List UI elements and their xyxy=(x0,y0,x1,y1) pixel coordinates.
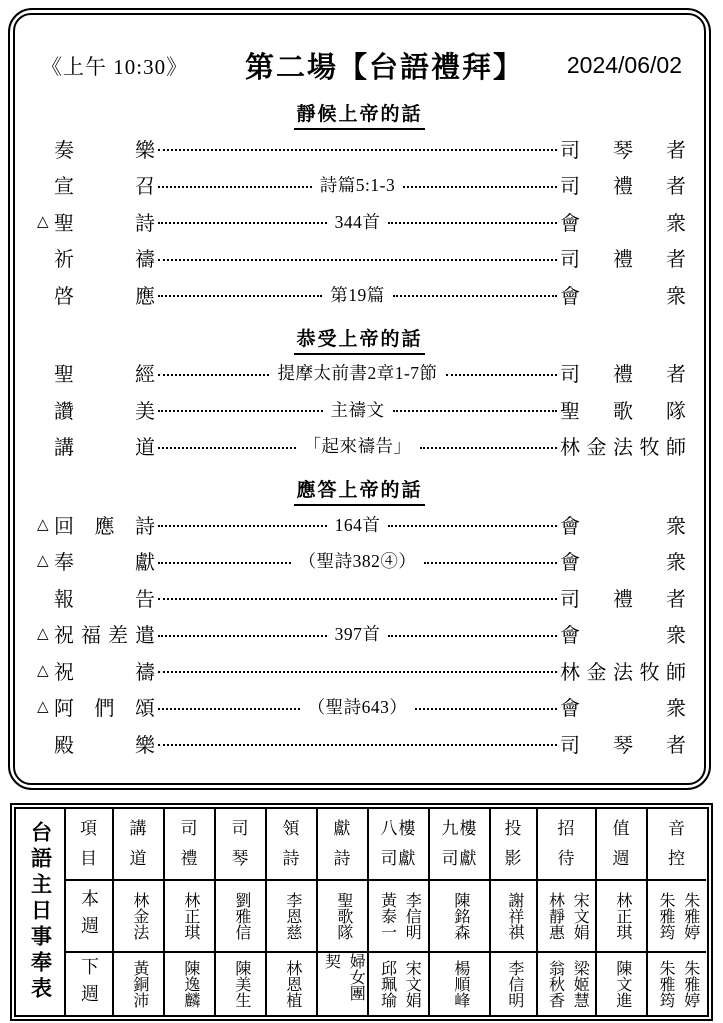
dotted-leader xyxy=(158,598,557,600)
roster-header-text: 領 詩 xyxy=(283,814,301,874)
roster-header-text: 九樓 司獻 xyxy=(442,814,478,874)
roster-duty-names: 宋文娟 林靜惠 xyxy=(542,892,592,940)
item-assignee: 司禮者 xyxy=(560,358,686,387)
roster-header-cell: 獻 詩 xyxy=(316,809,367,879)
roster-duty-cell: 楊順峰 xyxy=(428,951,489,1015)
roster-duty-cell: 黃銅沛 xyxy=(112,951,163,1015)
roster-header-text: 八樓 司獻 xyxy=(381,814,417,874)
dotted-leader xyxy=(393,295,557,297)
duty-roster-table: 台語主日事奉表項 目講 道司 禮司 琴領 詩獻 詩八樓 司獻九樓 司獻投 影招 … xyxy=(10,803,713,1021)
item-detail: 164首 xyxy=(330,512,386,537)
roster-duty-cell: 朱雅婷 朱雅筠 xyxy=(646,879,706,951)
stand-marker: △ xyxy=(37,515,54,534)
item-assignee: 聖歌隊 xyxy=(560,395,686,424)
program-item: △聖詩344首會衆 xyxy=(27,203,692,240)
program-item: △阿們頌（聖詩643）會衆 xyxy=(27,689,692,726)
roster-side-title-cell: 台語主日事奉表 xyxy=(16,809,64,1015)
roster-duty-cell: 劉雅信 xyxy=(214,879,265,951)
item-assignee: 林金法牧師 xyxy=(560,431,686,460)
roster-header-text: 司 禮 xyxy=(181,814,199,874)
program-item: 啓應第19篇會衆 xyxy=(27,276,692,313)
roster-duty-cell: 李恩慈 xyxy=(265,879,316,951)
item-assignee: 會衆 xyxy=(560,510,686,539)
section-title: 恭受上帝的話 xyxy=(27,324,692,350)
roster-duty-cell: 李信明 xyxy=(489,951,536,1015)
roster-duty-names: 朱雅婷 朱雅筠 xyxy=(652,960,702,1008)
dotted-leader xyxy=(388,525,557,527)
roster-duty-cell: 陳逸麟 xyxy=(163,951,214,1015)
worship-order-card: 《上午 10:30》 第二場【台語禮拜】 2024/06/02 靜候上帝的話奏樂… xyxy=(8,8,711,790)
dotted-leader xyxy=(158,222,327,224)
dotted-leader xyxy=(388,635,557,637)
dotted-leader xyxy=(424,562,557,564)
item-label: 啓應 xyxy=(54,280,155,309)
roster-header-text: 招 待 xyxy=(558,814,576,874)
roster-header-text: 項 目 xyxy=(80,814,98,874)
dotted-leader xyxy=(158,374,269,376)
roster-duty-cell: 林金法 xyxy=(112,879,163,951)
item-assignee: 司琴者 xyxy=(560,134,686,163)
roster-duty-cell: 朱雅婷 朱雅筠 xyxy=(646,951,706,1015)
item-detail: 「起來禱告」 xyxy=(299,433,417,458)
roster-duty-names: 陳銘森 xyxy=(447,892,472,940)
program-item: △奉獻（聖詩382④）會衆 xyxy=(27,543,692,580)
item-assignee: 會衆 xyxy=(560,207,686,236)
dotted-leader xyxy=(446,374,557,376)
item-assignee: 林金法牧師 xyxy=(560,656,686,685)
roster-row-label: 本週 xyxy=(80,889,98,943)
stand-marker: △ xyxy=(37,661,54,680)
dotted-leader xyxy=(158,447,296,449)
dotted-leader xyxy=(158,671,557,673)
program-item: 祈禱司禮者 xyxy=(27,240,692,277)
item-label: 殿樂 xyxy=(54,729,155,758)
item-assignee: 司琴者 xyxy=(560,729,686,758)
roster-duty-names: 林正琪 xyxy=(177,892,202,940)
dotted-leader xyxy=(158,525,327,527)
roster-duty-names: 婦女團契 xyxy=(318,953,367,1015)
roster-header-text: 講 道 xyxy=(130,814,148,874)
program-item: 奏樂司琴者 xyxy=(27,130,692,167)
roster-row-label: 下週 xyxy=(80,957,98,1011)
roster-header-cell: 講 道 xyxy=(112,809,163,879)
roster-duty-cell: 林正琪 xyxy=(595,879,646,951)
roster-row-label-cell: 本週 xyxy=(64,879,112,951)
roster-duty-names: 陳逸麟 xyxy=(177,960,202,1008)
roster-duty-names: 宋文娟 邱珮瑜 xyxy=(374,960,424,1008)
program-item: 報告司禮者 xyxy=(27,579,692,616)
roster-duty-names: 陳文進 xyxy=(609,960,634,1008)
item-detail: 397首 xyxy=(330,621,386,646)
item-label: 奏樂 xyxy=(54,134,155,163)
roster-header-cell: 九樓 司獻 xyxy=(428,809,489,879)
item-assignee: 司禮者 xyxy=(560,583,686,612)
dotted-leader xyxy=(420,447,558,449)
dotted-leader xyxy=(158,295,322,297)
item-label: 宣召 xyxy=(54,170,155,199)
service-date: 2024/06/02 xyxy=(550,52,682,79)
item-assignee: 司禮者 xyxy=(560,170,686,199)
program-body: 靜候上帝的話奏樂司琴者宣召詩篇5:1-3司禮者△聖詩344首會衆祈禱司禮者啓應第… xyxy=(27,99,692,762)
roster-duty-names: 謝祥祺 xyxy=(501,892,526,940)
dotted-leader xyxy=(415,708,557,710)
roster-duty-names: 李恩慈 xyxy=(279,892,304,940)
item-detail: 提摩太前書2章1-7節 xyxy=(272,360,442,385)
roster-duty-names: 陳美生 xyxy=(228,960,253,1008)
roster-duty-names: 楊順峰 xyxy=(447,960,472,1008)
item-detail: 主禱文 xyxy=(326,397,390,422)
dotted-leader xyxy=(388,222,557,224)
roster-duty-cell: 李信明 黃泰一 xyxy=(367,879,428,951)
item-label: 讚美 xyxy=(54,395,155,424)
section-title-text: 恭受上帝的話 xyxy=(294,329,424,355)
card-header: 《上午 10:30》 第二場【台語禮拜】 2024/06/02 xyxy=(27,41,692,88)
dotted-leader xyxy=(158,635,327,637)
program-item: △回應詩164首會衆 xyxy=(27,506,692,543)
worship-order-card-inner: 《上午 10:30》 第二場【台語禮拜】 2024/06/02 靜候上帝的話奏樂… xyxy=(13,13,706,785)
roster-duty-names: 林恩植 xyxy=(279,960,304,1008)
roster-header-cell: 投 影 xyxy=(489,809,536,879)
roster-duty-names: 梁姬慧 翁秋香 xyxy=(542,960,592,1008)
roster-header-text: 投 影 xyxy=(505,814,523,874)
item-assignee: 司禮者 xyxy=(560,243,686,272)
dotted-leader xyxy=(158,744,557,746)
item-label: 聖經 xyxy=(54,358,155,387)
dotted-leader xyxy=(158,562,291,564)
roster-header-cell: 八樓 司獻 xyxy=(367,809,428,879)
roster-duty-names: 劉雅信 xyxy=(228,892,253,940)
item-detail: （聖詩382④） xyxy=(294,548,422,573)
item-detail: （聖詩643） xyxy=(303,694,413,719)
service-title: 第二場【台語禮拜】 xyxy=(219,45,550,86)
item-label: 祈禱 xyxy=(54,243,155,272)
dotted-leader xyxy=(403,186,557,188)
roster-duty-cell: 宋文娟 邱珮瑜 xyxy=(367,951,428,1015)
roster-side-title: 台語主日事奉表 xyxy=(30,821,51,1003)
roster-header-cell: 音 控 xyxy=(646,809,706,879)
program-item: 講道「起來禱告」林金法牧師 xyxy=(27,428,692,465)
dotted-leader xyxy=(393,410,558,412)
roster-header-cell: 招 待 xyxy=(536,809,595,879)
stand-marker: △ xyxy=(37,551,54,570)
item-label: 聖詩 xyxy=(54,207,155,236)
duty-roster-grid: 台語主日事奉表項 目講 道司 禮司 琴領 詩獻 詩八樓 司獻九樓 司獻投 影招 … xyxy=(16,809,707,1015)
roster-duty-cell: 陳文進 xyxy=(595,951,646,1015)
item-detail: 詩篇5:1-3 xyxy=(315,172,400,197)
service-time: 《上午 10:30》 xyxy=(41,51,219,81)
program-item: 讚美主禱文聖歌隊 xyxy=(27,391,692,428)
roster-header-text: 獻 詩 xyxy=(334,814,352,874)
roster-header-cell: 項 目 xyxy=(64,809,112,879)
item-label: 奉獻 xyxy=(54,546,155,575)
item-assignee: 會衆 xyxy=(560,280,686,309)
program-item: △祝福差遣397首會衆 xyxy=(27,616,692,653)
item-label: 講道 xyxy=(54,431,155,460)
roster-duty-names: 林正琪 xyxy=(609,892,634,940)
program-item: △祝禱林金法牧師 xyxy=(27,652,692,689)
stand-marker: △ xyxy=(37,624,54,643)
dotted-leader xyxy=(158,259,557,261)
dotted-leader xyxy=(158,708,300,710)
dotted-leader xyxy=(158,410,323,412)
item-label: 祝禱 xyxy=(54,656,155,685)
roster-header-cell: 司 禮 xyxy=(163,809,214,879)
stand-marker: △ xyxy=(37,697,54,716)
section-title: 靜候上帝的話 xyxy=(27,99,692,125)
roster-duty-cell: 陳美生 xyxy=(214,951,265,1015)
roster-duty-cell: 婦女團契 xyxy=(316,951,367,1015)
dotted-leader xyxy=(158,186,312,188)
roster-row-label-cell: 下週 xyxy=(64,951,112,1015)
program-item: 殿樂司琴者 xyxy=(27,725,692,762)
item-detail: 第19篇 xyxy=(325,282,390,307)
dotted-leader xyxy=(158,149,557,151)
roster-duty-cell: 宋文娟 林靜惠 xyxy=(536,879,595,951)
stand-marker: △ xyxy=(37,212,54,231)
roster-header-cell: 司 琴 xyxy=(214,809,265,879)
item-assignee: 會衆 xyxy=(560,546,686,575)
roster-duty-names: 林金法 xyxy=(126,892,151,940)
roster-duty-names: 李信明 黃泰一 xyxy=(374,892,424,940)
item-label: 回應詩 xyxy=(54,510,155,539)
item-assignee: 會衆 xyxy=(560,619,686,648)
program-item: 聖經提摩太前書2章1-7節司禮者 xyxy=(27,355,692,392)
item-label: 阿們頌 xyxy=(54,692,155,721)
roster-duty-cell: 謝祥祺 xyxy=(489,879,536,951)
section-title-text: 應答上帝的話 xyxy=(294,480,424,506)
roster-duty-names: 黃銅沛 xyxy=(126,960,151,1008)
item-detail: 344首 xyxy=(330,209,386,234)
roster-header-text: 值 週 xyxy=(613,814,631,874)
item-assignee: 會衆 xyxy=(560,692,686,721)
roster-duty-cell: 林正琪 xyxy=(163,879,214,951)
program-item: 宣召詩篇5:1-3司禮者 xyxy=(27,167,692,204)
roster-duty-cell: 林恩植 xyxy=(265,951,316,1015)
roster-header-text: 司 琴 xyxy=(232,814,250,874)
section-title: 應答上帝的話 xyxy=(27,475,692,501)
roster-header-cell: 領 詩 xyxy=(265,809,316,879)
roster-duty-cell: 梁姬慧 翁秋香 xyxy=(536,951,595,1015)
roster-duty-names: 李信明 xyxy=(501,960,526,1008)
section-title-text: 靜候上帝的話 xyxy=(294,104,424,130)
item-label: 報告 xyxy=(54,583,155,612)
roster-duty-cell: 聖歌隊 xyxy=(316,879,367,951)
roster-duty-cell: 陳銘森 xyxy=(428,879,489,951)
roster-duty-names: 朱雅婷 朱雅筠 xyxy=(652,892,702,940)
roster-duty-names: 聖歌隊 xyxy=(330,892,355,940)
item-label: 祝福差遣 xyxy=(54,619,155,648)
roster-header-text: 音 控 xyxy=(668,814,686,874)
roster-header-cell: 值 週 xyxy=(595,809,646,879)
